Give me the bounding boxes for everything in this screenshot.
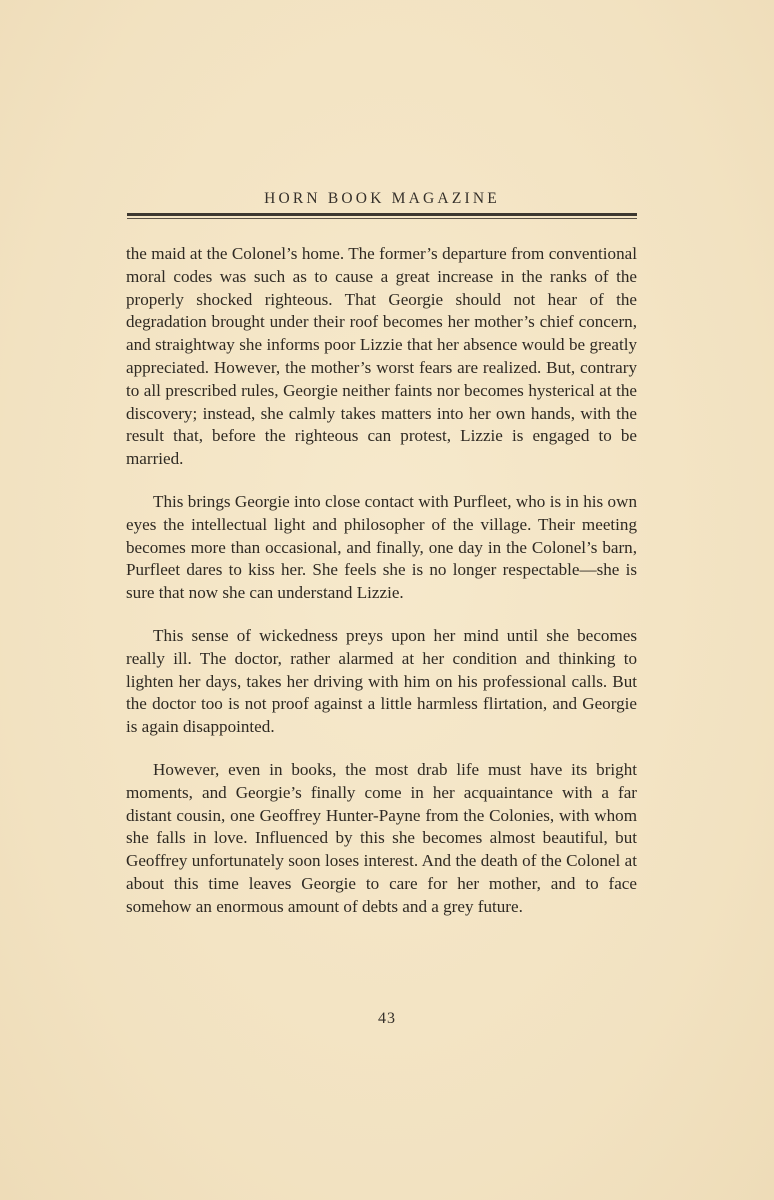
paragraph-1: the maid at the Colonel’s home. The form… (126, 243, 637, 471)
article-body: the maid at the Colonel’s home. The form… (126, 243, 637, 939)
paragraph-2: This brings Georgie into close contact w… (126, 491, 637, 605)
header-rule-thin (127, 218, 637, 219)
header-rule-thick (127, 213, 637, 216)
paragraph-3: This sense of wickedness preys upon her … (126, 625, 637, 739)
magazine-page: HORN BOOK MAGAZINE the maid at the Colon… (0, 0, 774, 1200)
page-number: 43 (0, 1010, 774, 1028)
paragraph-4: However, even in books, the most drab li… (126, 759, 637, 919)
running-head-title: HORN BOOK MAGAZINE (127, 189, 637, 209)
